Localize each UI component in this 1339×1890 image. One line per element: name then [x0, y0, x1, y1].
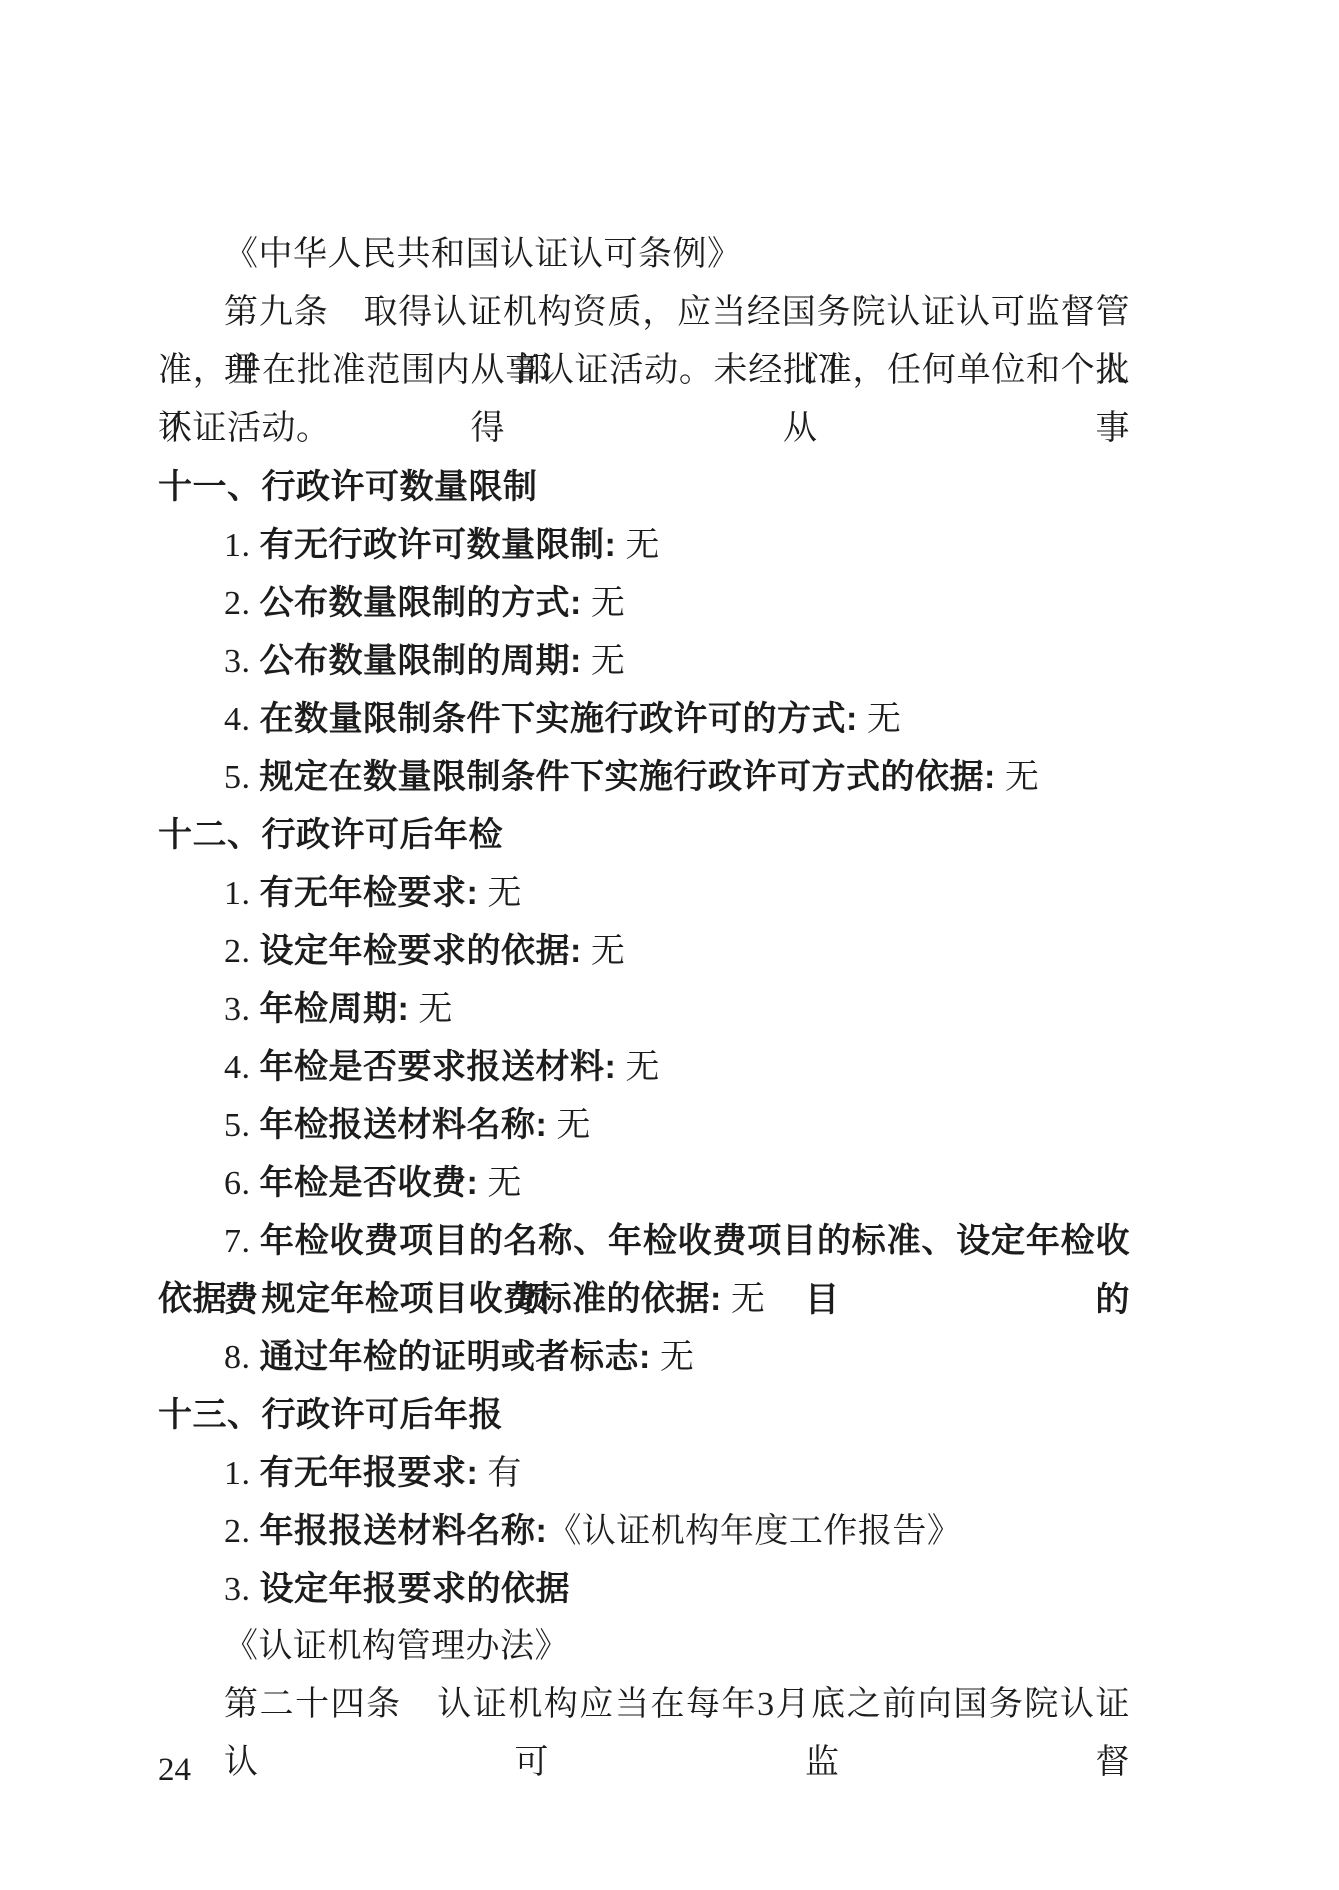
item-value: 《认证机构年度工作报告》	[547, 1513, 961, 1550]
document-page: 《中华人民共和国认证认可条例》第九条 取得认证机构资质，应当经国务院认证认可监督…	[0, 0, 1339, 1890]
numbered-item: 3.设定年报要求的依据	[158, 1560, 1130, 1618]
item-number: 3.	[224, 1571, 251, 1608]
page-number: 24	[158, 1750, 191, 1790]
item-value: 无	[487, 1165, 522, 1202]
numbered-item: 5.年检报送材料名称:无	[158, 1096, 1130, 1154]
paragraph-line: 第九条 取得认证机构资质，应当经国务院认证认可监督管理部门批	[158, 284, 1130, 342]
numbered-item: 5.规定在数量限制条件下实施行政许可方式的依据:无	[158, 748, 1130, 806]
numbered-item: 1.有无行政许可数量限制:无	[158, 516, 1130, 574]
item-label: 通过年检的证明或者标志:	[260, 1338, 651, 1376]
item-number: 5.	[224, 759, 251, 796]
item-label: 有无年报要求:	[260, 1454, 479, 1492]
item-label: 公布数量限制的方式:	[260, 584, 582, 622]
item-number: 3.	[224, 643, 251, 680]
numbered-item: 4.年检是否要求报送材料:无	[158, 1038, 1130, 1096]
item-label: 有无年检要求:	[260, 874, 479, 912]
item-label: 设定年报要求的依据	[260, 1570, 571, 1608]
item-value: 无	[625, 527, 660, 564]
item-value: 无	[591, 585, 626, 622]
item-label: 规定在数量限制条件下实施行政许可方式的依据:	[260, 758, 996, 796]
numbered-item: 4.在数量限制条件下实施行政许可的方式:无	[158, 690, 1130, 748]
item-value: 无	[660, 1339, 695, 1376]
item-number: 1.	[224, 527, 251, 564]
section-heading: 十三、行政许可后年报	[158, 1386, 1130, 1444]
numbered-item: 2.设定年检要求的依据:无	[158, 922, 1130, 980]
item-value: 无	[591, 933, 626, 970]
item-number: 1.	[224, 875, 251, 912]
numbered-item: 3.年检周期:无	[158, 980, 1130, 1038]
numbered-item: 2.公布数量限制的方式:无	[158, 574, 1130, 632]
item-number: 2.	[224, 585, 251, 622]
document-content: 《中华人民共和国认证认可条例》第九条 取得认证机构资质，应当经国务院认证认可监督…	[158, 226, 1130, 1734]
numbered-item: 1.有无年报要求:有	[158, 1444, 1130, 1502]
item-label: 有无行政许可数量限制:	[260, 526, 617, 564]
item-number: 4.	[224, 701, 251, 738]
item-number: 1.	[224, 1455, 251, 1492]
item-value: 无	[1005, 759, 1040, 796]
numbered-item: 8.通过年检的证明或者标志:无	[158, 1328, 1130, 1386]
item-label: 设定年检要求的依据:	[260, 932, 582, 970]
item-label: 年检报送材料名称:	[260, 1106, 548, 1144]
item-value: 无	[867, 701, 902, 738]
numbered-item: 3.公布数量限制的周期:无	[158, 632, 1130, 690]
numbered-item: 7.年检收费项目的名称、年检收费项目的标准、设定年检收费项目的	[158, 1212, 1130, 1270]
item-value: 无	[556, 1107, 591, 1144]
paragraph-line: 准，并在批准范围内从事认证活动。未经批准，任何单位和个人不得从事	[158, 342, 1130, 400]
item-label: 年检周期:	[260, 990, 410, 1028]
item-number: 3.	[224, 991, 251, 1028]
item-label: 在数量限制条件下实施行政许可的方式:	[260, 700, 858, 738]
item-value: 无	[731, 1281, 766, 1318]
paragraph-line: 第二十四条 认证机构应当在每年3月底之前向国务院认证认可监督	[158, 1676, 1130, 1734]
section-heading: 十一、行政许可数量限制	[158, 458, 1130, 516]
item-value: 无	[487, 875, 522, 912]
numbered-item: 2.年报报送材料名称:《认证机构年度工作报告》	[158, 1502, 1130, 1560]
item-number: 4.	[224, 1049, 251, 1086]
item-number: 6.	[224, 1165, 251, 1202]
item-number: 2.	[224, 1513, 251, 1550]
item-label: 年检是否收费:	[260, 1164, 479, 1202]
item-label: 年检是否要求报送材料:	[260, 1048, 617, 1086]
item-number: 2.	[224, 933, 251, 970]
numbered-item: 6.年检是否收费:无	[158, 1154, 1130, 1212]
numbered-item: 1.有无年检要求:无	[158, 864, 1130, 922]
item-value: 无	[591, 643, 626, 680]
paragraph-line: 《中华人民共和国认证认可条例》	[158, 226, 1130, 284]
item-label: 依据、规定年检项目收费标准的依据:	[158, 1280, 722, 1318]
item-value: 无	[418, 991, 453, 1028]
section-heading: 十二、行政许可后年检	[158, 806, 1130, 864]
item-label: 公布数量限制的周期:	[260, 642, 582, 680]
item-value: 有	[487, 1455, 522, 1492]
item-value: 无	[625, 1049, 660, 1086]
item-label: 年报报送材料名称:	[260, 1512, 548, 1550]
item-number: 7.	[224, 1223, 251, 1260]
item-number: 5.	[224, 1107, 251, 1144]
paragraph-line: 《认证机构管理办法》	[158, 1618, 1130, 1676]
item-number: 8.	[224, 1339, 251, 1376]
